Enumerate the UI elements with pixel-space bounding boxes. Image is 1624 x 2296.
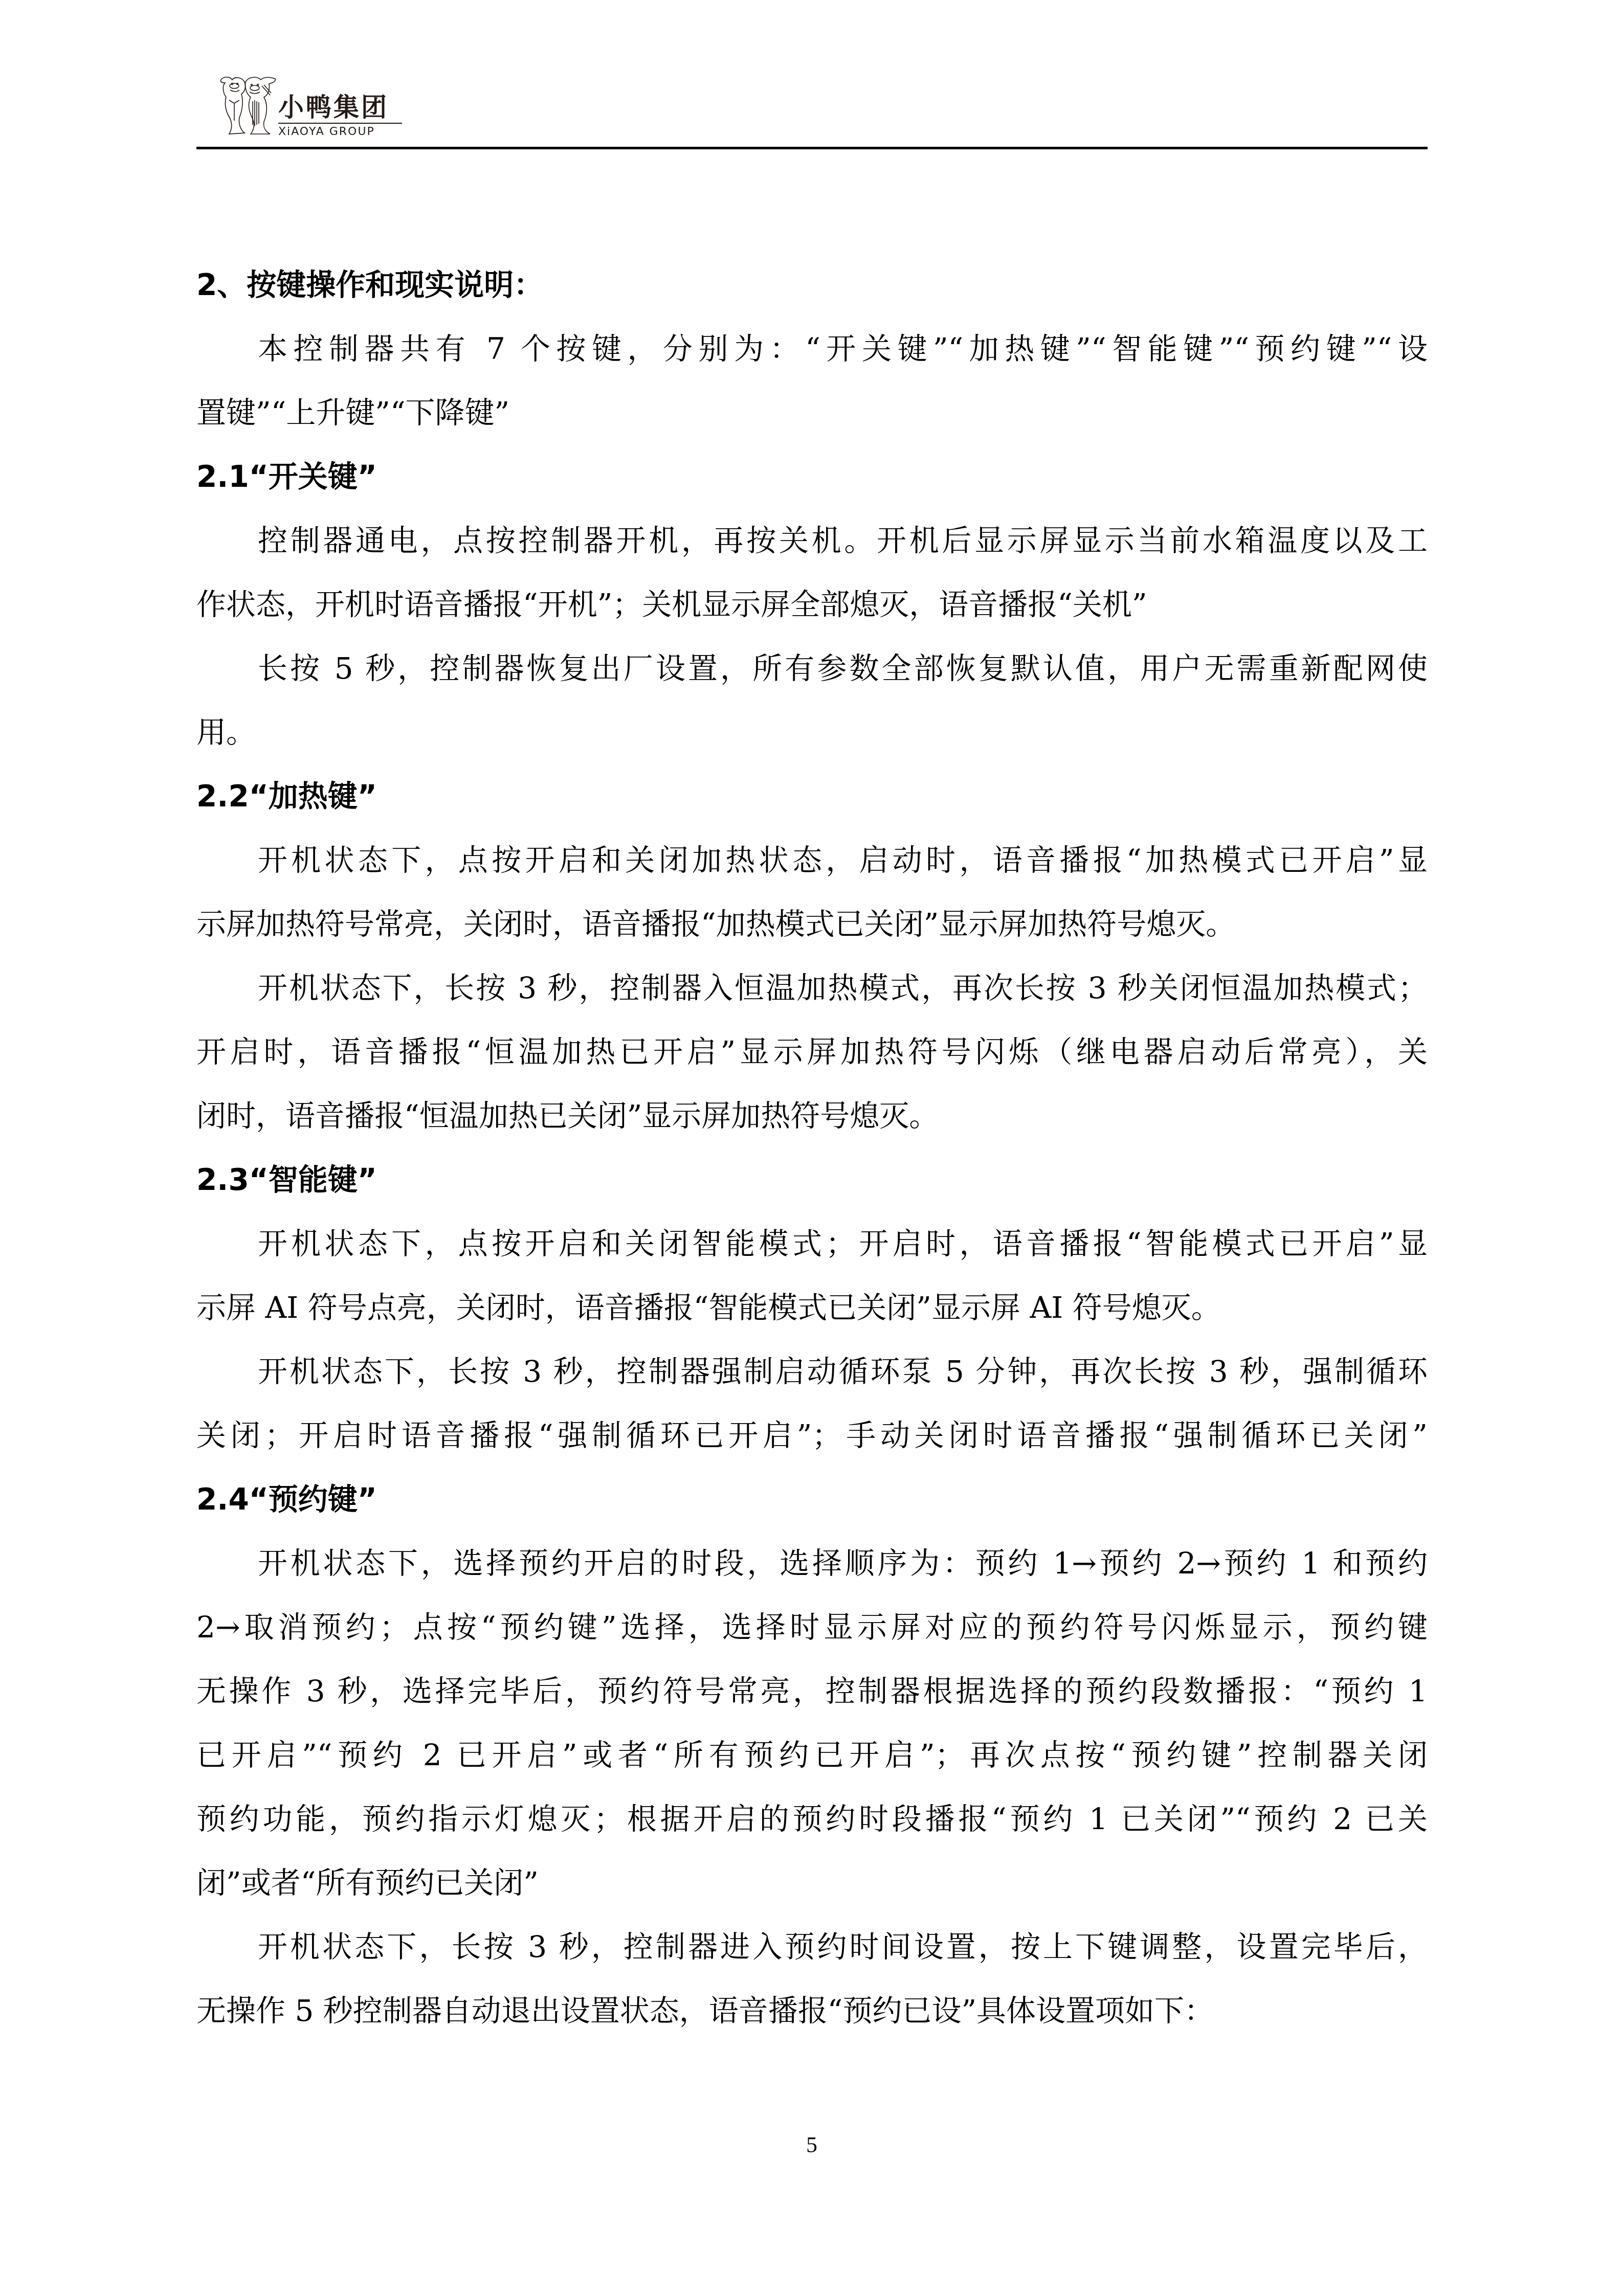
- brand-divider: [278, 123, 402, 124]
- paragraph: 开机状态下，点按开启和关闭加热状态，启动时，语音播报“加热模式已开启”显 示屏加…: [196, 828, 1428, 956]
- subsection-title: 2.3“智能键”: [196, 1148, 1428, 1212]
- intro-paragraph: 本控制器共有 7 个按键，分别为：“开关键”“加热键”“智能键”“预约键”“设 …: [196, 317, 1428, 445]
- paragraph-line: 2→取消预约；点按“预约键”选择，选择时显示屏对应的预约符号闪烁显示，预约键: [196, 1595, 1428, 1659]
- paragraph-line: 开启时，语音播报“恒温加热已开启”显示屏加热符号闪烁（继电器启动后常亮），关: [196, 1020, 1428, 1084]
- paragraph-line: 关闭；开启时语音播报“强制循环已开启”；手动关闭时语音播报“强制循环已关闭”: [196, 1404, 1428, 1468]
- paragraph-line: 示屏 AI 符号点亮，关闭时，语音播报“智能模式已关闭”显示屏 AI 符号熄灭。: [196, 1276, 1428, 1340]
- paragraph-line: 预约功能，预约指示灯熄灭；根据开启的预约时段播报“预约 1 已关闭”“预约 2 …: [196, 1787, 1428, 1851]
- paragraph-line: 闭时，语音播报“恒温加热已关闭”显示屏加热符号熄灭。: [196, 1084, 1428, 1148]
- paragraph: 长按 5 秒，控制器恢复出厂设置，所有参数全部恢复默认值，用户无需重新配网使 用…: [196, 637, 1428, 764]
- paragraph-line: 长按 5 秒，控制器恢复出厂设置，所有参数全部恢复默认值，用户无需重新配网使: [196, 637, 1428, 701]
- paragraph-line: 无操作 5 秒控制器自动退出设置状态，语音播报“预约已设”具体设置项如下：: [196, 1979, 1428, 2043]
- paragraph-line: 示屏加热符号常亮，关闭时，语音播报“加热模式已关闭”显示屏加热符号熄灭。: [196, 892, 1428, 956]
- paragraph-line: 用。: [196, 701, 1428, 764]
- duck-mascot-icon: [219, 75, 278, 136]
- paragraph: 控制器通电，点按控制器开机，再按关机。开机后显示屏显示当前水箱温度以及工 作状态…: [196, 509, 1428, 637]
- subsection-title: 2.2“加热键”: [196, 764, 1428, 828]
- paragraph-line: 本控制器共有 7 个按键，分别为：“开关键”“加热键”“智能键”“预约键”“设: [196, 317, 1428, 381]
- paragraph-line: 已开启”“预约 2 已开启”或者“所有预约已开启”；再次点按“预约键”控制器关闭: [196, 1723, 1428, 1787]
- paragraph-line: 开机状态下，选择预约开启的时段，选择顺序为：预约 1→预约 2→预约 1 和预约: [196, 1532, 1428, 1595]
- subsection-power-key: 2.1“开关键” 控制器通电，点按控制器开机，再按关机。开机后显示屏显示当前水箱…: [196, 445, 1428, 764]
- paragraph-line: 置键”“上升键”“下降键”: [196, 381, 1428, 445]
- paragraph-line: 闭”或者“所有预约已关闭”: [196, 1851, 1428, 1915]
- brand-name-english: XiAOYA GROUP: [278, 126, 403, 138]
- paragraph-line: 作状态，开机时语音播报“开机”；关机显示屏全部熄灭，语音播报“关机”: [196, 573, 1428, 637]
- header-divider: [196, 147, 1428, 149]
- paragraph-line: 开机状态下，点按开启和关闭智能模式；开启时，语音播报“智能模式已开启”显: [196, 1212, 1428, 1276]
- paragraph: 开机状态下，长按 3 秒，控制器强制启动循环泵 5 分钟，再次长按 3 秒，强制…: [196, 1340, 1428, 1468]
- page-number: 5: [786, 2132, 837, 2158]
- paragraph-line: 开机状态下，长按 3 秒，控制器强制启动循环泵 5 分钟，再次长按 3 秒，强制…: [196, 1340, 1428, 1404]
- subsection-schedule-key: 2.4“预约键” 开机状态下，选择预约开启的时段，选择顺序为：预约 1→预约 2…: [196, 1468, 1428, 2043]
- subsection-title: 2.1“开关键”: [196, 445, 1428, 509]
- section-title: 2、按键操作和现实说明：: [196, 253, 1428, 317]
- paragraph-line: 开机状态下，长按 3 秒，控制器进入预约时间设置，按上下键调整，设置完毕后，: [196, 1915, 1428, 1979]
- paragraph-line: 无操作 3 秒，选择完毕后，预约符号常亮，控制器根据选择的预约段数播报：“预约 …: [196, 1659, 1428, 1723]
- page-header: 小鸭集团 XiAOYA GROUP: [196, 72, 1428, 149]
- company-logo: 小鸭集团 XiAOYA GROUP: [219, 75, 403, 139]
- subsection-title: 2.4“预约键”: [196, 1468, 1428, 1532]
- paragraph-line: 控制器通电，点按控制器开机，再按关机。开机后显示屏显示当前水箱温度以及工: [196, 509, 1428, 573]
- paragraph-line: 开机状态下，长按 3 秒，控制器入恒温加热模式，再次长按 3 秒关闭恒温加热模式…: [196, 956, 1428, 1020]
- subsection-smart-key: 2.3“智能键” 开机状态下，点按开启和关闭智能模式；开启时，语音播报“智能模式…: [196, 1148, 1428, 1468]
- brand-name-chinese: 小鸭集团: [278, 93, 403, 122]
- paragraph: 开机状态下，长按 3 秒，控制器进入预约时间设置，按上下键调整，设置完毕后， 无…: [196, 1915, 1428, 2043]
- paragraph: 开机状态下，长按 3 秒，控制器入恒温加热模式，再次长按 3 秒关闭恒温加热模式…: [196, 956, 1428, 1148]
- paragraph: 开机状态下，选择预约开启的时段，选择顺序为：预约 1→预约 2→预约 1 和预约…: [196, 1532, 1428, 1915]
- document-body: 2、按键操作和现实说明： 本控制器共有 7 个按键，分别为：“开关键”“加热键”…: [196, 253, 1428, 2043]
- subsection-heating-key: 2.2“加热键” 开机状态下，点按开启和关闭加热状态，启动时，语音播报“加热模式…: [196, 764, 1428, 1148]
- paragraph: 开机状态下，点按开启和关闭智能模式；开启时，语音播报“智能模式已开启”显 示屏 …: [196, 1212, 1428, 1340]
- paragraph-line: 开机状态下，点按开启和关闭加热状态，启动时，语音播报“加热模式已开启”显: [196, 828, 1428, 892]
